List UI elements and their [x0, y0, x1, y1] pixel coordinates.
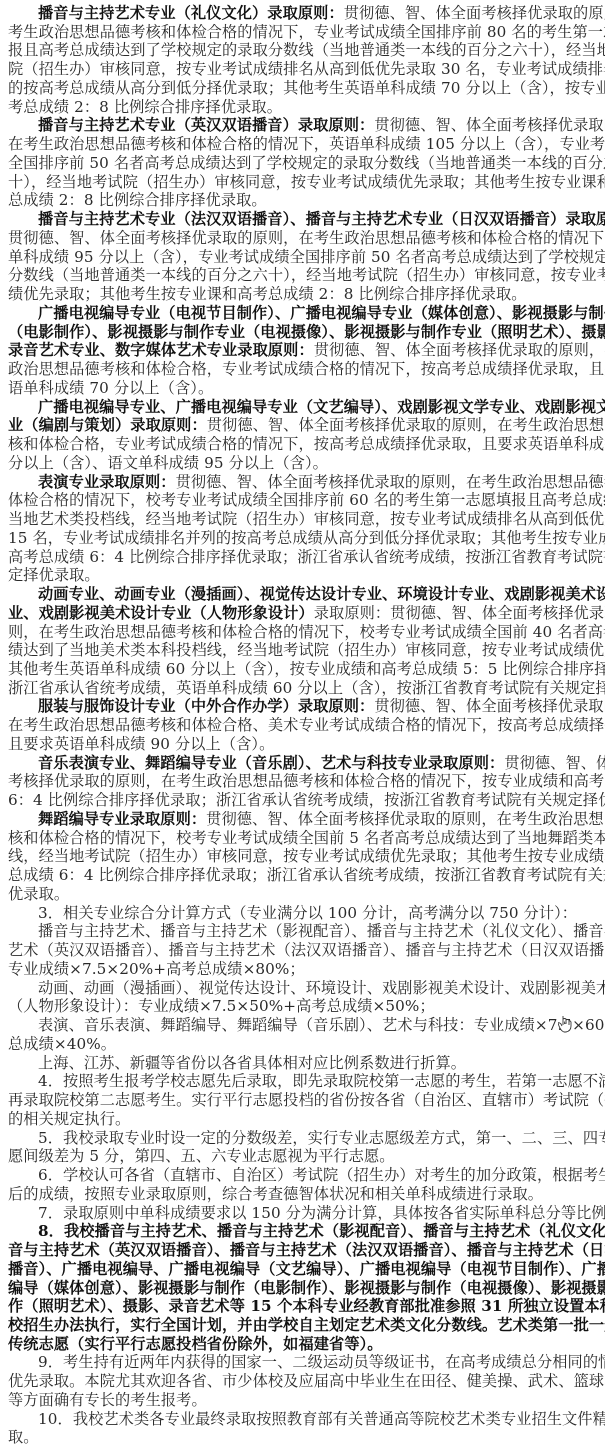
body-text: 总成绩 6：4 比例综合排序择优录取；浙江省承认省统考成绩，按浙江省教育考试院有… — [8, 866, 605, 884]
bold-heading-text: 播音与主持艺术专业（法汉双语播音）、播音与主持艺术专业（日汉双语播音）录取原则： — [38, 210, 605, 228]
bold-heading-text: 8．我校播音与主持艺术、播音与主持艺术（影视配音）、播音与主持艺术（礼仪文化）、… — [38, 1222, 605, 1240]
body-text: 后的成绩，按照专业录取原则，综合考查德智体状况和相关单科成绩进行录取。 — [8, 1185, 543, 1203]
bold-heading-text: 业（编剧与策划）录取原则： — [8, 416, 207, 434]
bold-heading-text: 录音艺术专业、数字媒体艺术专业录取原则： — [8, 341, 314, 359]
bold-heading-text: 作（照明艺术）、摄影、录音艺术等 15 个本科专业经教育部批准参照 31 所独立… — [8, 1297, 605, 1315]
body-text: 总成绩 2：8 比例综合排序择优录取。 — [8, 191, 267, 209]
body-text: 考核择优录取的原则，在考生政治思想品德考核和体检合格的情况下，按专业成绩和高考总… — [8, 772, 605, 790]
body-text: 贯彻德、智、体全面考核择优录取的原则，在考生政治思想品德考 — [206, 810, 605, 828]
body-text: 核和体检合格，专业考试成绩合格的情况下，按高考总成绩择优录取，且要求英语单科成绩… — [8, 435, 605, 453]
body-text: 等方面确有专长的考生报考。 — [8, 1391, 207, 1409]
bold-heading-text: 播音与主持艺术专业（礼仪文化）录取原则： — [38, 4, 344, 22]
text-line: 取。 — [8, 1426, 600, 1446]
body-text: 录取原则：贯彻德、智、体全面考核择优录取的原 — [314, 604, 605, 622]
body-text: 全国排序前 50 名者高考总成绩达到了学校规定的录取分数线（当地普通类一本线的百… — [8, 154, 605, 172]
body-text: 6．学校认可各省（直辖市、自治区）考试院（招生办）对考生的加分政策，根据考生加分 — [38, 1166, 605, 1184]
body-text: 9．考生持有近两年内获得的国家一、二级运动员等级证书，在高考成绩总分相同的情况下… — [38, 1353, 605, 1371]
body-text: 贯彻德、智、体全面考核择优录取的原则， — [374, 697, 605, 715]
body-text: 分以上（含）、语文单科成绩 95 分以上（含）。 — [8, 454, 328, 472]
body-text: 优先录取。本院尤其欢迎各省、市少体校及应届高中毕业生在田径、健美操、武术、篮球、… — [8, 1372, 605, 1390]
body-text: 贯彻德、智、体全面考核择优录取的原则，在考生政治思想品德考核和体检合格的情况下，… — [8, 229, 605, 247]
body-text: 4．按照考生报考学校志愿先后录取，即先录取院校第一志愿的考生，若第一志愿不满时， — [38, 1072, 605, 1090]
bold-heading-text: 舞蹈编导专业录取原则： — [38, 810, 206, 828]
body-text: 优录取。 — [8, 885, 69, 903]
body-text: 报且高考总成绩达到了学校规定的录取分数线（当地普通类一本线的百分之六十），经当地… — [8, 41, 605, 59]
body-text: 语单科成绩 70 分以上（含）。 — [8, 379, 213, 397]
body-text: 艺术（英汉双语播音）、播音与主持艺术（法汉双语播音）、播音与主持艺术（日汉双语播… — [8, 941, 605, 959]
body-text: 的相关规定执行。 — [8, 1110, 130, 1128]
bold-heading-text: 业、戏剧影视美术设计专业（人物形象设计） — [8, 604, 314, 622]
body-text: 其他考生英语单科成绩 60 分以上（含），按专业成绩和高考总成绩 5：5 比例综… — [8, 660, 605, 678]
body-text: 取。 — [8, 1428, 39, 1446]
body-text: 绩优先录取；其他考生按专业课和高考总成绩 2：8 比例综合排序择优录取。 — [8, 285, 527, 303]
bold-heading-text: 动画专业、动画专业（漫插画）、视觉传达设计专业、环境设计专业、戏剧影视美术设计专 — [38, 585, 605, 603]
body-text: 绩达到了当地美术类本科投档线，经当地考试院（招生办）审核同意，按专业考试成绩优先… — [8, 641, 605, 659]
body-text: 播音与主持艺术、播音与主持艺术（影视配音）、播音与主持艺术（礼仪文化）、播音与主… — [38, 922, 605, 940]
body-text: 总成绩×40%。 — [8, 1035, 116, 1053]
body-text: 定择优录取。 — [8, 566, 100, 584]
body-text: 再录取院校第二志愿考生。实行平行志愿投档的省份按各省（自治区、直辖市）考试院（招… — [8, 1091, 605, 1109]
body-text: 在考生政治思想品德考核和体检合格、美术专业考试成绩合格的情况下，按高考总成绩择优… — [8, 716, 605, 734]
body-text: 表演、音乐表演、舞蹈编导、舞蹈编导（音乐剧）、艺术与科技：专业成绩×7.5×60… — [38, 1016, 605, 1034]
body-text: 的按高考总成绩从高分到低分择优录取；其他考生英语单科成绩 70 分以上（含），按… — [8, 79, 605, 97]
body-text: 专业成绩×7.5×20%+高考总成绩×80%； — [8, 960, 305, 978]
body-text: 贯彻德、智、体全面考核择优录取的原则，在考生 — [314, 341, 605, 359]
body-text: 贯彻德、智、体全面考核择优录取的原则，在 — [344, 4, 605, 22]
bold-heading-text: 播音）、广播电视编导、广播电视编导（文艺编导）、广播电视编导（电视节目制作）、广… — [8, 1260, 605, 1278]
body-text: （人物形象设计）：专业成绩×7.5×50%+高考总成绩×50%； — [8, 997, 435, 1015]
bold-heading-text: 播音与主持艺术专业（英汉双语播音）录取原则： — [38, 116, 374, 134]
body-text: 贯彻德、智、体全面考核择优录取的原则，在考生政治思想品德考 — [207, 416, 605, 434]
body-text: 政治思想品德考核和体检合格，专业考试成绩合格的情况下，按高考总成绩择优录取，且要… — [8, 360, 605, 378]
bold-heading-text: 广播电视编导专业（电视节目制作）、广播电视编导专业（媒体创意）、影视摄影与制作专… — [38, 304, 605, 322]
bold-heading-text: 服装与服饰设计专业（中外合作办学）录取原则： — [38, 697, 374, 715]
body-text: 院（招生办）审核同意，按专业考试成绩排名从高到低优先录取 30 名，专业考试成绩… — [8, 60, 605, 78]
body-text: 且要求英语单科成绩 90 分以上（含）。 — [8, 735, 274, 753]
body-text: 体检合格的情况下，校考专业考试成绩全国排序前 60 名的考生第一志愿填报且高考总… — [8, 491, 605, 509]
body-text: 当地艺术类投档线，经当地考试院（招生办）审核同意，按专业考试成绩排名从高到低优先… — [8, 510, 605, 528]
body-text: 贯彻德、智、体全面考核择优录取的原则， — [374, 116, 605, 134]
body-text: 愿间级差为 5 分，第四、五、六专业志愿视为平行志愿。 — [8, 1147, 395, 1165]
bold-heading-text: 音与主持艺术（英汉双语播音）、播音与主持艺术（法汉双语播音）、播音与主持艺术（日… — [8, 1241, 605, 1259]
body-text: 在考生政治思想品德考核和体检合格的情况下，英语单科成绩 105 分以上（含），专… — [8, 135, 605, 153]
bold-heading-text: 校招生办法执行，实行全国计划，并由学校自主划定艺术类文化分数线。艺术类第一批一般… — [8, 1316, 605, 1334]
body-text: 线，经当地考试院（招生办）审核同意，按专业考试成绩优先录取；其他考生按专业成绩和… — [8, 847, 605, 865]
body-text: 6：4 比例综合排序择优录取；浙江省承认省统考成绩，按浙江省教育考试院有关规定择… — [8, 791, 605, 809]
body-text: 分数线（当地普通类一本线的百分之六十），经当地考试院（招生办）审核同意，按专业考… — [8, 266, 605, 284]
body-text: 15 名，专业考试成绩排名并列的按高考总成绩从高分到低分择优录取；其他考生按专业… — [8, 529, 605, 547]
hand-pointer-cursor-icon — [558, 1015, 572, 1033]
